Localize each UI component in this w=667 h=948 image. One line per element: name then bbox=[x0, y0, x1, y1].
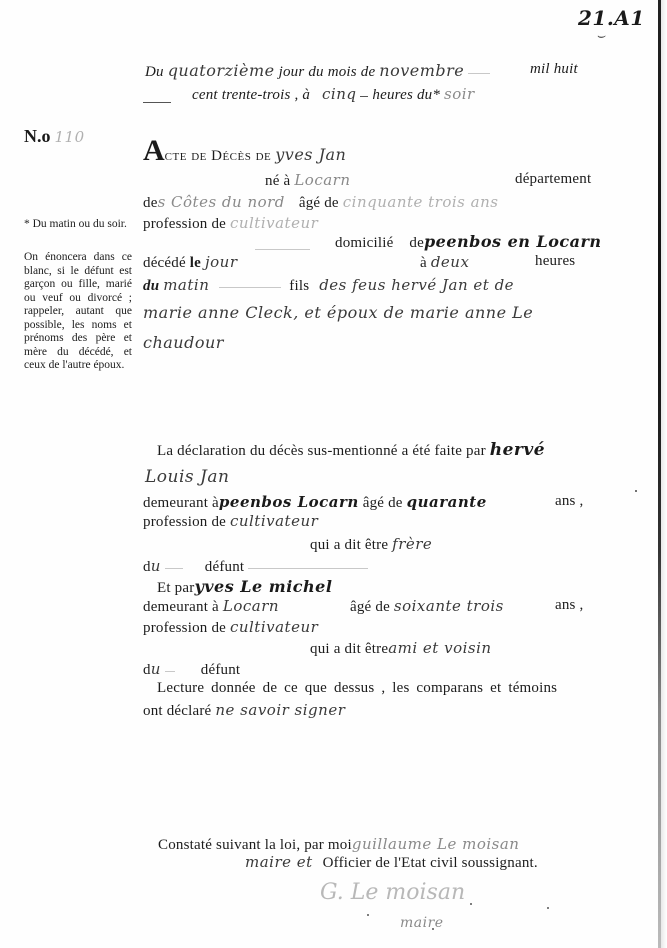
declarant2-residence-handwritten: Locarn bbox=[223, 597, 279, 615]
declarant1-relation-handwritten: frère bbox=[392, 535, 432, 553]
declarant2-residence-line: demeurant à Locarn bbox=[143, 597, 279, 616]
born-place-handwritten: Locarn bbox=[294, 171, 350, 189]
profession-handwritten: cultivateur bbox=[230, 214, 318, 232]
scan-speck bbox=[547, 907, 549, 909]
department-line: des Côtes du nord âgé de cinquante trois… bbox=[143, 193, 498, 212]
age-handwritten: cinquante trois ans bbox=[343, 193, 499, 211]
parents-handwritten-2: marie anne Cleck, et époux de marie anne… bbox=[143, 303, 533, 322]
declarant2-age-handwritten: soixante trois bbox=[394, 597, 504, 615]
header-dash bbox=[143, 93, 171, 111]
header-line-2: cent trente-trois , à cinq heures du* so… bbox=[192, 85, 475, 104]
death-hour: à deux bbox=[420, 253, 469, 272]
deceased-name-handwritten: yves Jan bbox=[275, 145, 346, 164]
parents-line-1: du matin fils des feus hervé Jan et de bbox=[143, 276, 514, 295]
officer-signature: G. Le moisan bbox=[320, 880, 465, 905]
parents-handwritten-3: chaudour bbox=[143, 333, 224, 352]
profession-line: profession de cultivateur bbox=[143, 214, 318, 233]
document-page: 21.A1 ⌣ Du quatorzième jour du mois de n… bbox=[0, 0, 667, 948]
record-title: Acte de Décès de yves Jan bbox=[143, 136, 346, 166]
page-reference-mark: ⌣ bbox=[596, 28, 606, 44]
department-label: département bbox=[515, 171, 591, 188]
declarant2-profession-line: profession de cultivateur bbox=[143, 618, 318, 637]
death-line: décédé le jour bbox=[143, 253, 238, 272]
officer-role-handwritten: maire et bbox=[245, 853, 313, 871]
declarant2-defunt-line: du défunt bbox=[143, 660, 240, 679]
declarant2-age-line: âgé de soixante trois bbox=[350, 597, 504, 616]
margin-note-instructions: On énoncera dans ce blanc, si le défunt … bbox=[24, 251, 132, 373]
scan-speck bbox=[432, 928, 434, 930]
certification-line-1: Constaté suivant la loi, par moiguillaum… bbox=[158, 835, 519, 854]
month-handwritten: novembre bbox=[379, 61, 464, 80]
reading-line-1: Lecture donnée de ce que dessus , les co… bbox=[157, 680, 557, 697]
page-reference: 21.A1 bbox=[578, 6, 645, 30]
declarant1-residence-line: demeurant àpeenbos Locarn âgé de quarant… bbox=[143, 493, 487, 512]
parents-handwritten-1: des feus hervé Jan et de bbox=[319, 276, 514, 294]
margin-note-time: * Du matin ou du soir. bbox=[24, 218, 134, 232]
death-hour-handwritten: deux bbox=[431, 253, 470, 271]
declarant2-name-line: Et paryves Le michel bbox=[157, 577, 332, 597]
declarant1-age-handwritten: quarante bbox=[407, 493, 487, 511]
declarant2-relation-line: qui a dit êtreami et voisin bbox=[310, 639, 492, 658]
officer-signature-title: maire bbox=[400, 915, 444, 931]
domicile-handwritten: peenbos en Locarn bbox=[424, 232, 602, 251]
page-edge-shadow bbox=[661, 0, 667, 948]
declarant1-years-label: ans , bbox=[555, 493, 584, 510]
department-handwritten: s Côtes du nord bbox=[158, 193, 285, 211]
scan-speck bbox=[367, 914, 369, 916]
day-handwritten: quatorzième bbox=[168, 61, 275, 80]
scan-speck bbox=[470, 903, 472, 905]
domicile-line: domicilié depeenbos en Locarn bbox=[335, 232, 602, 252]
declarant1-relation-line: qui a dit être frère bbox=[310, 535, 432, 554]
death-period-handwritten: matin bbox=[163, 276, 209, 294]
declarant1-profession-line: profession de cultivateur bbox=[143, 512, 318, 531]
hours-label: heures bbox=[535, 253, 575, 270]
certification-line-2: maire et Officier de l'Etat civil soussi… bbox=[245, 853, 538, 872]
hour-handwritten: cinq bbox=[322, 85, 356, 103]
death-day-handwritten: jour bbox=[205, 253, 238, 271]
declarant2-name-handwritten: yves Le michel bbox=[194, 577, 332, 596]
born-line: né à Locarn bbox=[265, 171, 351, 190]
declarant1-name-handwritten-a: hervé bbox=[490, 440, 545, 460]
declarant1-profession-handwritten: cultivateur bbox=[230, 512, 318, 530]
declarant1-name-handwritten-b: Louis Jan bbox=[145, 467, 229, 487]
declarant2-years-label: ans , bbox=[555, 597, 584, 614]
header-year-start: mil huit bbox=[530, 61, 578, 78]
declaration-intro: La déclaration du décès sus-mentionné a … bbox=[157, 440, 545, 460]
scan-speck bbox=[635, 490, 637, 492]
reading-line-2: ont déclaré ne savoir signer bbox=[143, 701, 345, 720]
declarant1-residence-handwritten: peenbos Locarn bbox=[219, 493, 359, 511]
declarant2-relation-handwritten: ami et voisin bbox=[388, 639, 491, 657]
officer-name-handwritten: guillaume Le moisan bbox=[352, 835, 520, 853]
declarant1-defunt-line: du défunt bbox=[143, 557, 368, 576]
declarant2-profession-handwritten: cultivateur bbox=[230, 618, 318, 636]
period-handwritten: soir bbox=[444, 85, 475, 103]
header-line-1: Du quatorzième jour du mois de novembre bbox=[145, 61, 490, 81]
reading-handwritten: ne savoir signer bbox=[215, 701, 345, 719]
record-number: N.o 110 bbox=[24, 126, 85, 147]
